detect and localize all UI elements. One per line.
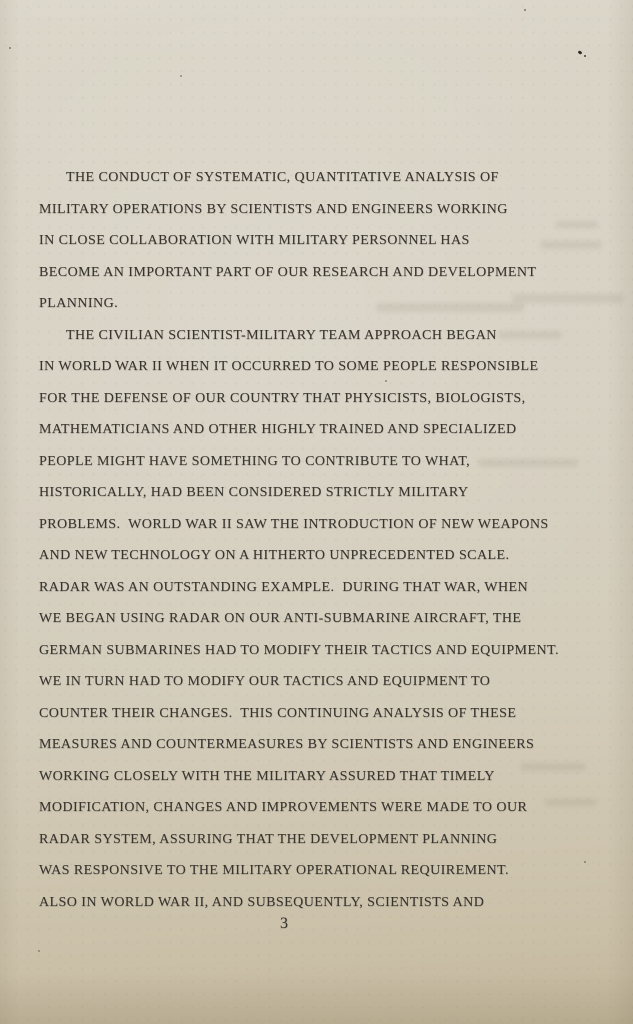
text-line: PLANNING. [39,288,559,320]
bleedthrough-smudge [556,221,598,228]
text-line: THE CONDUCT OF SYSTEMATIC, QUANTITATIVE … [39,162,559,194]
ink-speck [180,75,182,77]
text-line: RADAR WAS AN OUTSTANDING EXAMPLE. DURING… [39,572,559,604]
text-line: MODIFICATION, CHANGES AND IMPROVEMENTS W… [39,792,559,824]
text-line: WAS RESPONSIVE TO THE MILITARY OPERATION… [39,855,559,887]
text-line: WE IN TURN HAD TO MODIFY OUR TACTICS AND… [39,666,559,698]
ink-speck [524,9,526,11]
text-line: AND NEW TECHNOLOGY ON A HITHERTO UNPRECE… [39,540,559,572]
text-line: PROBLEMS. WORLD WAR II SAW THE INTRODUCT… [39,509,559,541]
typewritten-text-block: THE CONDUCT OF SYSTEMATIC, QUANTITATIVE … [39,162,559,918]
ink-speck [584,55,586,57]
text-line: HISTORICALLY, HAD BEEN CONSIDERED STRICT… [39,477,559,509]
text-line: PEOPLE MIGHT HAVE SOMETHING TO CONTRIBUT… [39,446,559,478]
page-number: 3 [280,915,289,933]
text-line: IN CLOSE COLLABORATION WITH MILITARY PER… [39,225,559,257]
scanned-document-page: THE CONDUCT OF SYSTEMATIC, QUANTITATIVE … [0,0,633,1024]
text-line: WE BEGAN USING RADAR ON OUR ANTI-SUBMARI… [39,603,559,635]
text-line: COUNTER THEIR CHANGES. THIS CONTINUING A… [39,698,559,730]
text-line: IN WORLD WAR II WHEN IT OCCURRED TO SOME… [39,351,559,383]
text-line: MILITARY OPERATIONS BY SCIENTISTS AND EN… [39,194,559,226]
ink-speck [578,50,583,55]
ink-speck [38,950,40,952]
text-line: THE CIVILIAN SCIENTIST-MILITARY TEAM APP… [39,320,559,352]
text-line: RADAR SYSTEM, ASSURING THAT THE DEVELOPM… [39,824,559,856]
text-line: ALSO IN WORLD WAR II, AND SUBSEQUENTLY, … [39,887,559,919]
text-line: MEASURES AND COUNTERMEASURES BY SCIENTIS… [39,729,559,761]
text-line: GERMAN SUBMARINES HAD TO MODIFY THEIR TA… [39,635,559,667]
ink-speck [584,861,586,863]
text-line: WORKING CLOSELY WITH THE MILITARY ASSURE… [39,761,559,793]
ink-speck [9,47,11,49]
text-line: FOR THE DEFENSE OF OUR COUNTRY THAT PHYS… [39,383,559,415]
text-line: MATHEMATICIANS AND OTHER HIGHLY TRAINED … [39,414,559,446]
text-line: BECOME AN IMPORTANT PART OF OUR RESEARCH… [39,257,559,289]
